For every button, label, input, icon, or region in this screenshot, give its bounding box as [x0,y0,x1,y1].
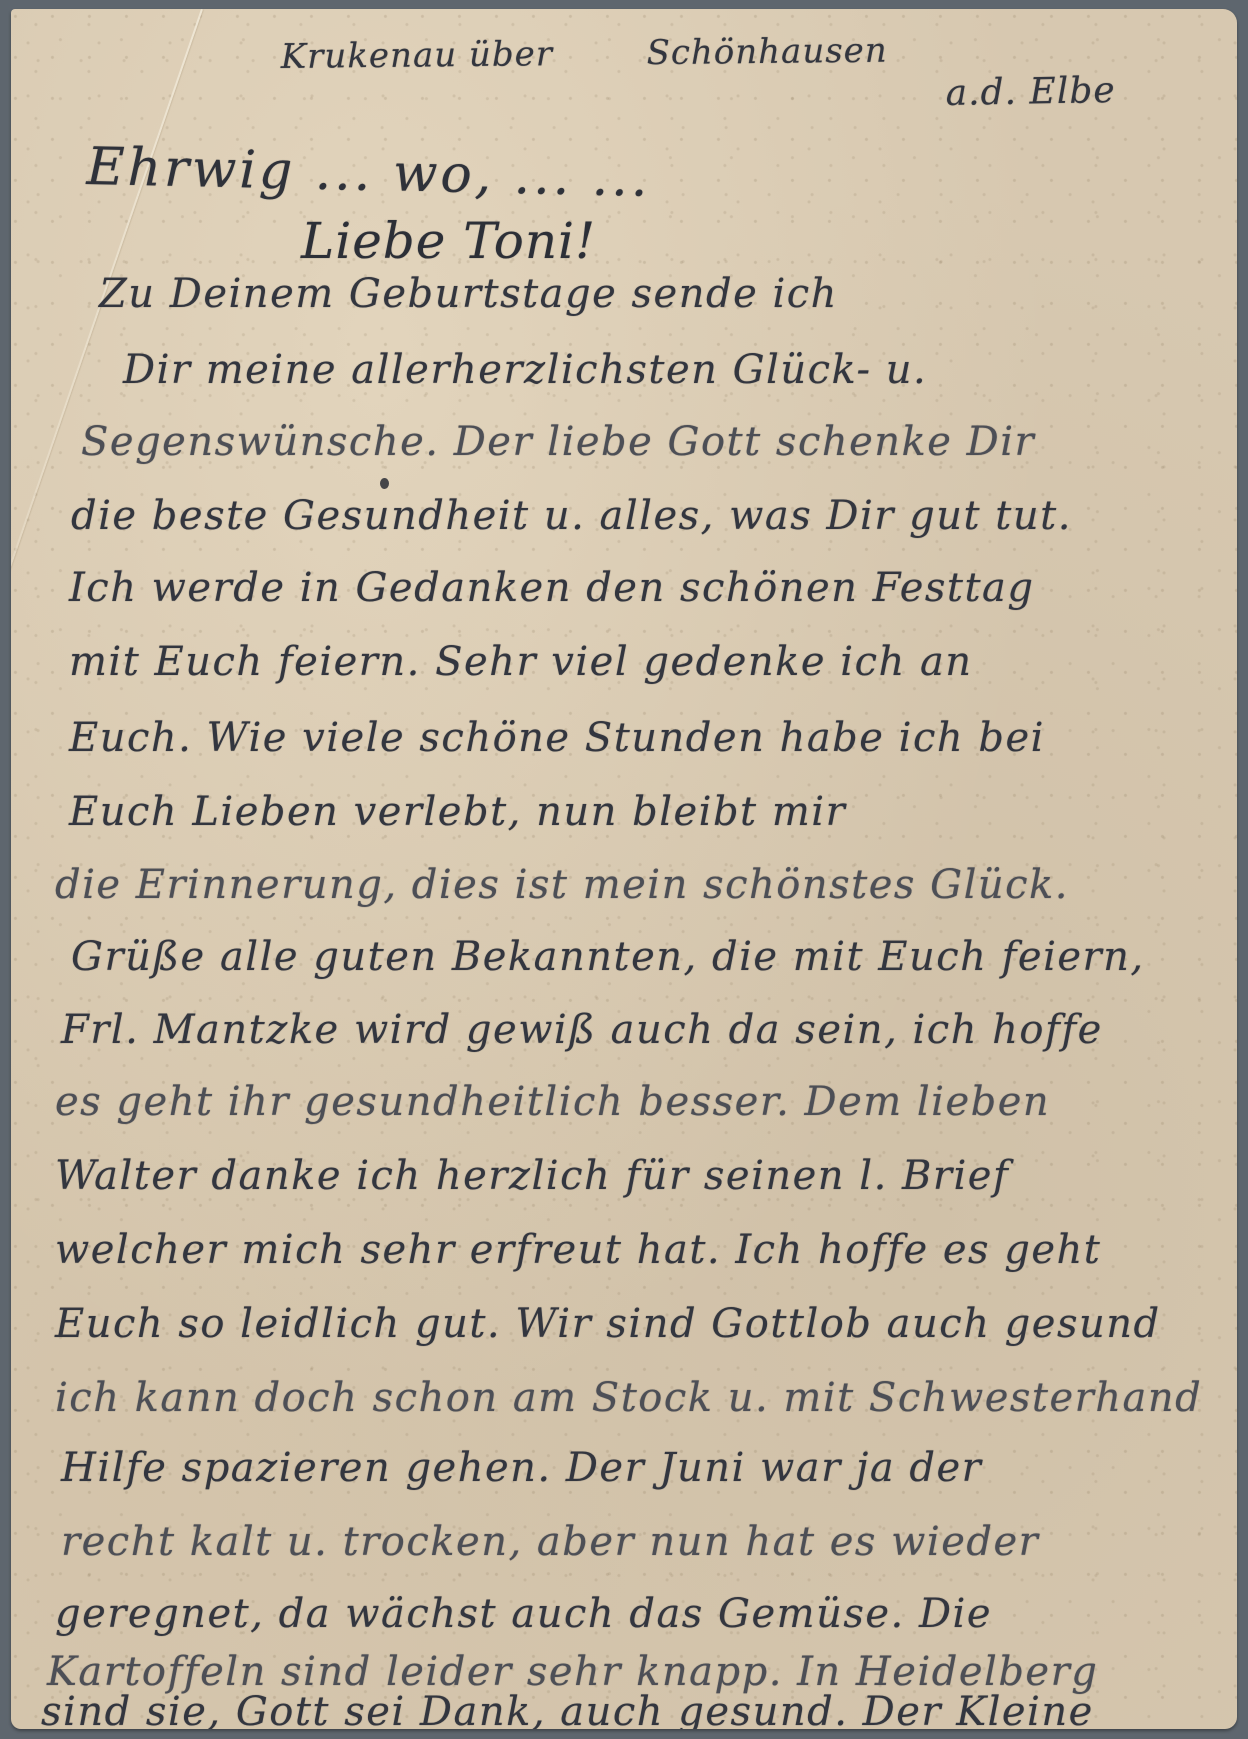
body-line: die Erinnerung, dies ist mein schönstes … [55,862,1195,908]
header-place-left: Krukenau über [281,34,554,77]
body-line: Euch so leidlich gut. Wir sind Gottlob a… [55,1301,1195,1347]
postcard: Krukenau über Schönhausen a.d. Elbe Ehrw… [11,9,1237,1729]
header-second-line: Ehrwig ... wo, ... ... [86,137,651,209]
body-line: die beste Gesundheit u. alles, was Dir g… [71,493,1211,539]
body-line: Dir meine allerherzlichsten Glück- u. [123,347,1237,393]
body-line: ich kann doch schon am Stock u. mit Schw… [55,1375,1195,1421]
body-line: Euch Lieben verlebt, nun bleibt mir [69,789,1209,835]
body-line: Segenswünsche. Der liebe Gott schenke Di… [81,419,1221,465]
header-place-right: Schönhausen [646,31,888,74]
body-line: welcher mich sehr erfreut hat. Ich hoffe… [55,1227,1195,1273]
body-line: Zu Deinem Geburtstage sende ich [99,271,1237,317]
body-line: Frl. Mantzke wird gewiß auch da sein, ic… [61,1007,1201,1053]
greeting: Liebe Toni! [301,212,596,270]
header-place: Krukenau über Schönhausen [281,31,888,77]
body-line: recht kalt u. trocken, aber nun hat es w… [61,1519,1201,1565]
body-line: Euch. Wie viele schöne Stunden habe ich … [69,715,1209,761]
body-line: es geht ihr gesundheitlich besser. Dem l… [55,1079,1195,1125]
body-line: Grüße alle guten Bekannten, die mit Euch… [71,934,1211,980]
body-line: geregnet, da wächst auch das Gemüse. Die [55,1591,1195,1637]
body-line: mit Euch feiern. Sehr viel gedenke ich a… [69,639,1209,685]
ink-blot [380,478,389,489]
scan-background: Krukenau über Schönhausen a.d. Elbe Ehrw… [0,0,1248,1739]
header-region: a.d. Elbe [945,70,1116,114]
body-line: Hilfe spazieren gehen. Der Juni war ja d… [61,1445,1201,1491]
body-line: Ich werde in Gedanken den schönen Festta… [69,565,1209,611]
body-line: Walter danke ich herzlich für seinen l. … [55,1153,1195,1199]
body-line: sind sie, Gott sei Dank, auch gesund. De… [41,1689,1181,1729]
